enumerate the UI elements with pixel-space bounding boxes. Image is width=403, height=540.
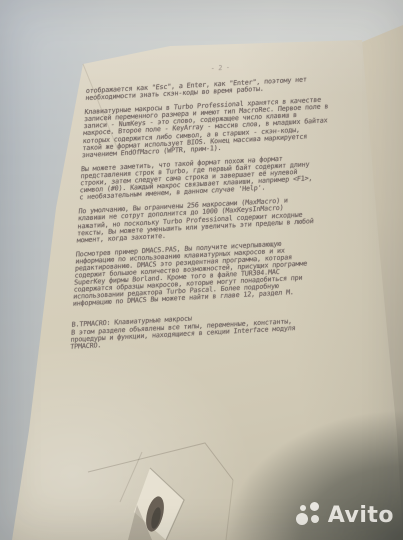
- avito-logo-dot-small: [300, 505, 306, 511]
- paragraph-string-format: Вы можете заметить, что такой формат пох…: [79, 152, 343, 201]
- paragraph-limits: По умолчанию, Вы ограничены 256 макросам…: [76, 195, 340, 244]
- paragraph-dmacs-example: Посмотрев пример DMACS.PAS, Вы получите …: [73, 238, 338, 309]
- typewritten-text: - 2 - отображается как "Esc", а Enter, к…: [70, 74, 348, 357]
- page-number: - 2 -: [211, 64, 230, 72]
- avito-watermark: Avito: [296, 502, 394, 529]
- avito-logo-dot-medium: [310, 502, 319, 511]
- avito-logo-dot-small-2: [311, 515, 319, 523]
- avito-logo-icon: [296, 502, 323, 529]
- avito-wordmark: Avito: [328, 505, 394, 527]
- paragraph-macro-record: Клавиатурные макросы в Turbo Professiona…: [82, 96, 347, 160]
- avito-logo-dot-large: [296, 513, 308, 525]
- photo-of-document: - 2 - отображается как "Esc", а Enter, к…: [0, 0, 403, 540]
